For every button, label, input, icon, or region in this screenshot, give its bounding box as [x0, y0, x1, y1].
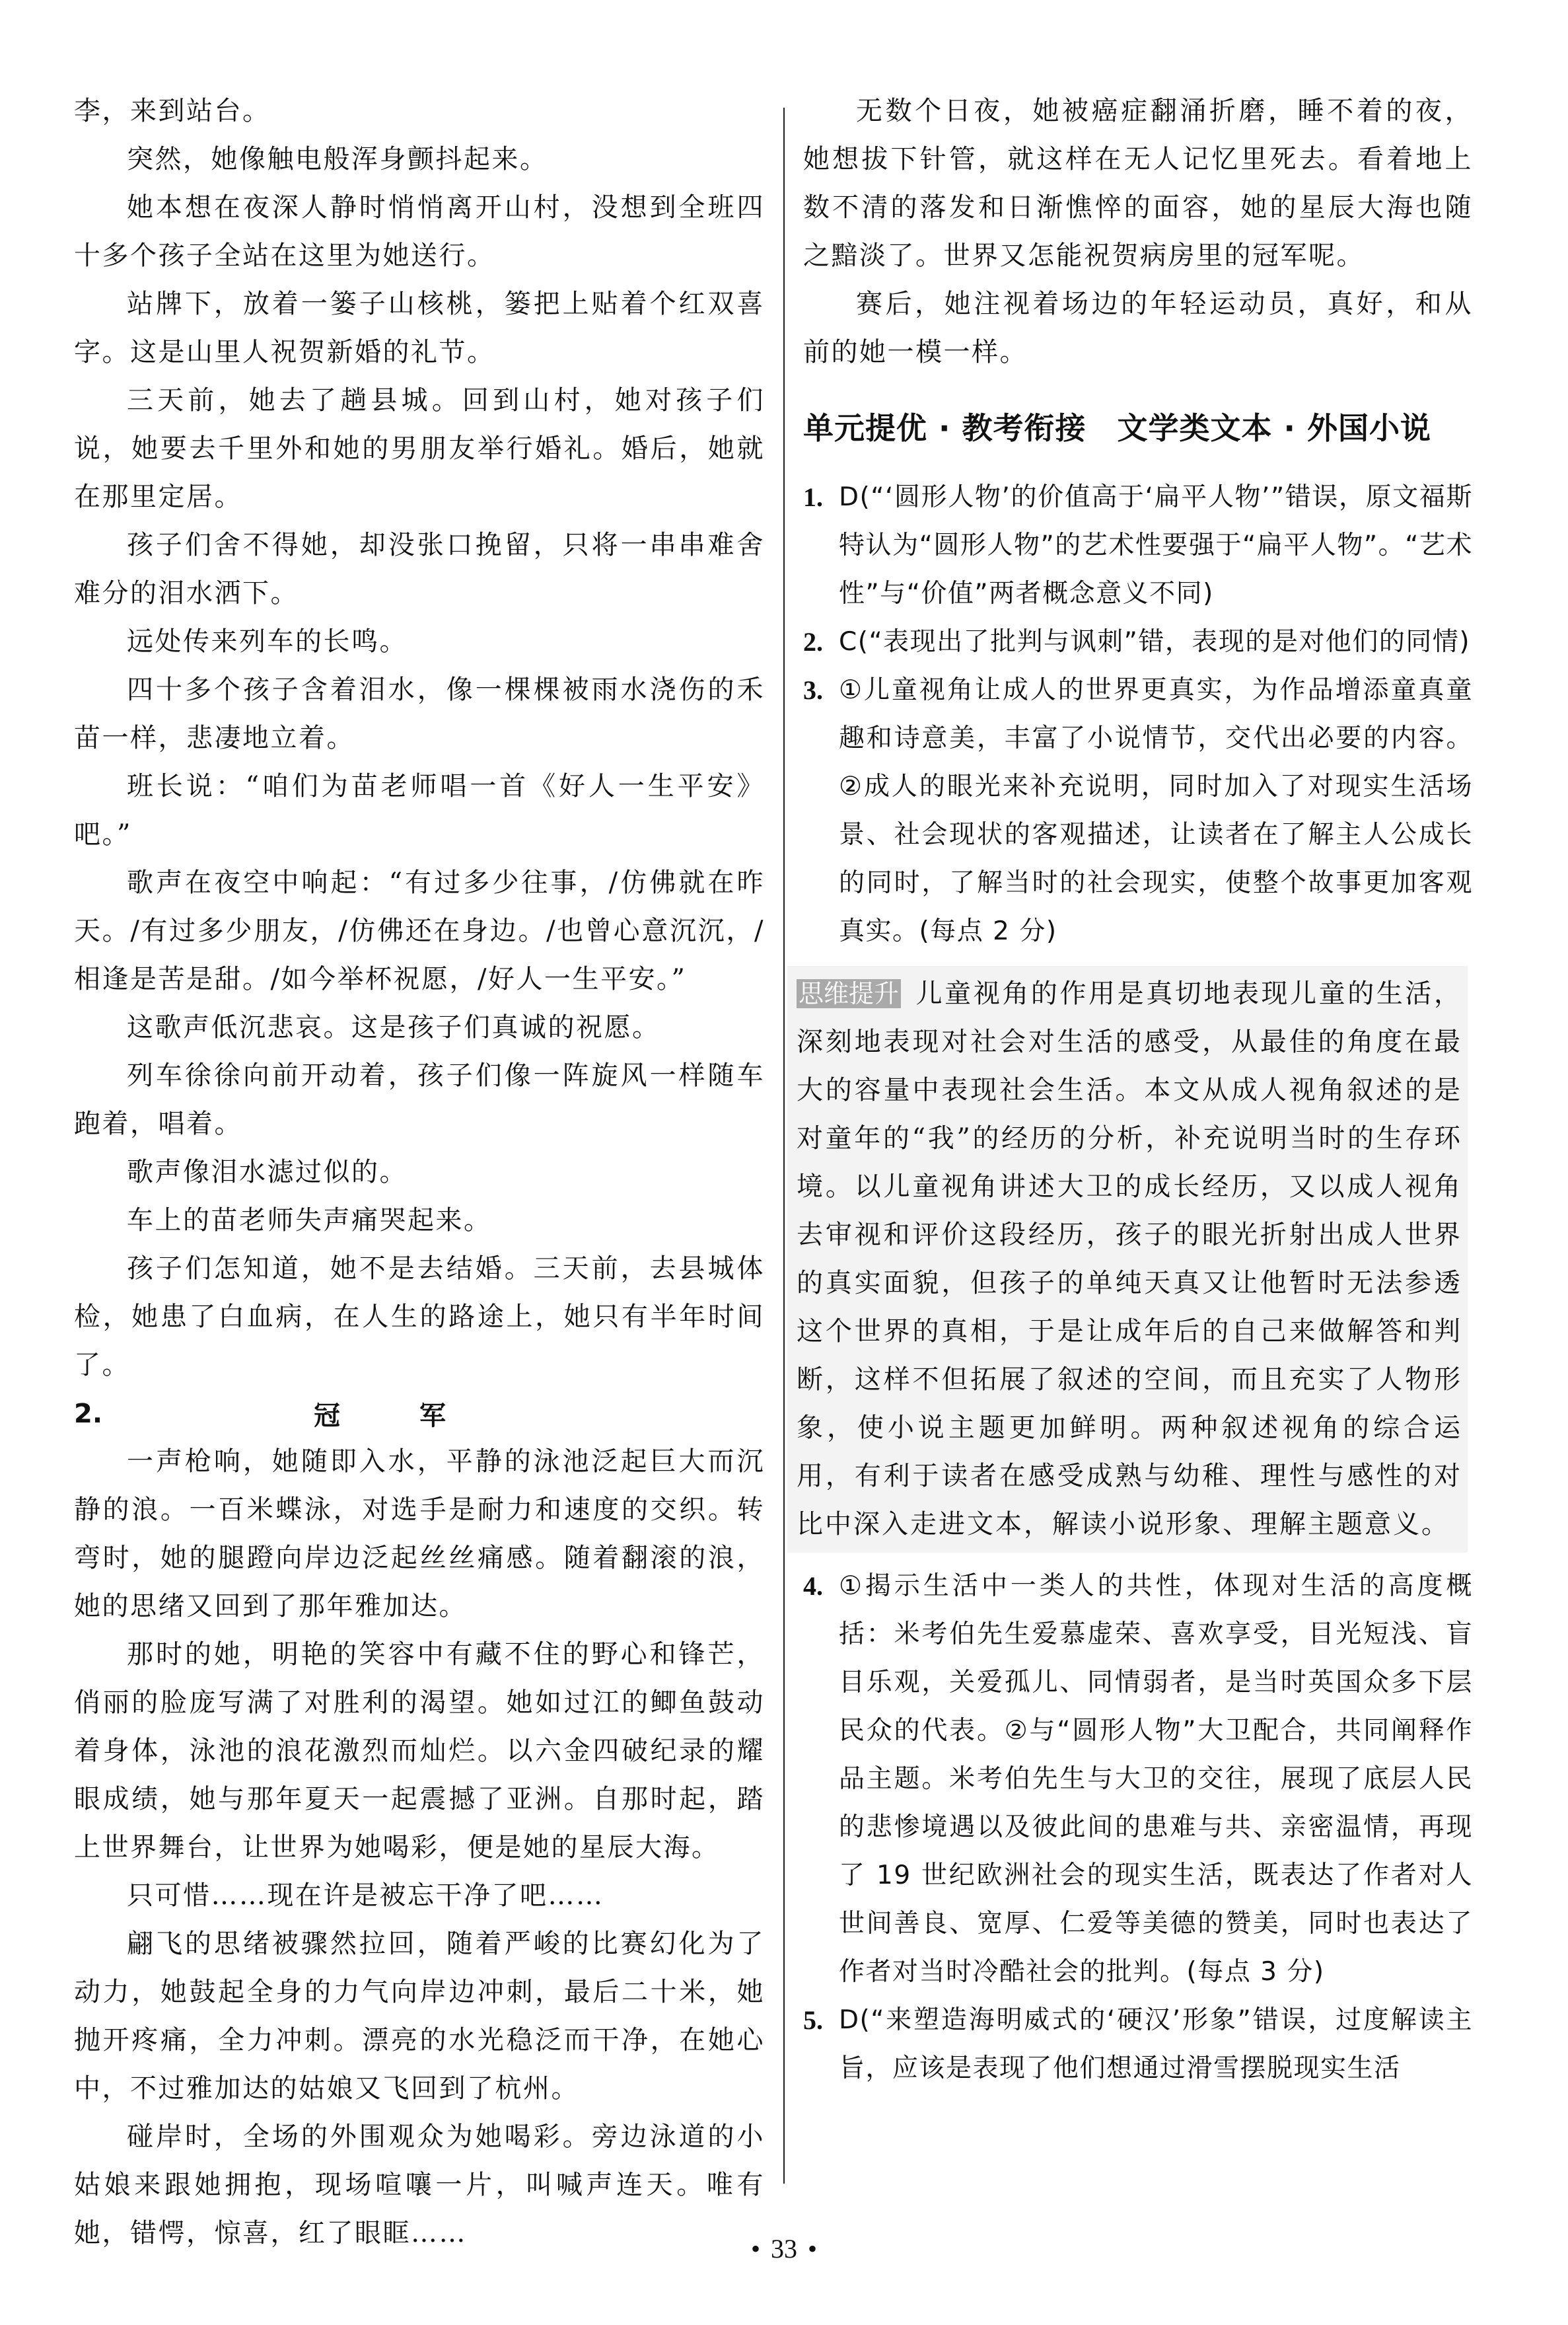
- answer-number: 4.: [803, 1562, 839, 1996]
- story-2-continued: 无数个日夜，她被癌症翻涌折磨，睡不着的夜，她想拔下针管，就这样在无人记忆里死去。…: [803, 87, 1473, 377]
- answer-list-continued: 4. ①揭示生活中一类人的共性，体现对生活的高度概括：米考伯先生爱慕虚荣、喜欢享…: [803, 1562, 1473, 2092]
- paragraph: 车上的苗老师失声痛哭起来。: [74, 1197, 765, 1245]
- answer-item: 3. ①儿童视角让成人的世界更真实，为作品增添童真童趣和诗意美，丰富了小说情节，…: [803, 666, 1473, 955]
- answer-number: 5.: [803, 1996, 839, 2092]
- answer-list: 1. D(“‘圆形人物’的价值高于‘扁平人物’”错误，原文福斯特认为“圆形人物”…: [803, 473, 1473, 955]
- section-heading: 单元提优 · 教考衔接 文学类文本 · 外国小说: [803, 408, 1473, 448]
- answer-text: C(“表现出了批判与讽刺”错，表现的是对他们的同情): [839, 618, 1473, 666]
- paragraph: 四十多个孩子含着泪水，像一棵棵被雨水浇伤的禾苗一样，悲凄地立着。: [74, 666, 765, 762]
- paragraph: 歌声在夜空中响起：“有过多少往事，/仿佛就在昨天。/有过多少朋友，/仿佛还在身边…: [74, 859, 765, 1004]
- paragraph: 无数个日夜，她被癌症翻涌折磨，睡不着的夜，她想拔下针管，就这样在无人记忆里死去。…: [803, 87, 1473, 280]
- paragraph: 李，来到站台。: [74, 87, 765, 135]
- paragraph: 一声枪响，她随即入水，平静的泳池泛起巨大而沉静的浪。一百米蝶泳，对选手是耐力和速…: [74, 1438, 765, 1631]
- paragraph: 这歌声低沉悲哀。这是孩子们真诚的祝愿。: [74, 1004, 765, 1052]
- tip-label-badge: 思维提升: [797, 979, 901, 1008]
- page-number-value: 33: [771, 2234, 797, 2264]
- bullet-dot-icon: •: [751, 2233, 760, 2264]
- bullet-dot-icon: •: [808, 2233, 817, 2264]
- story-2-title: 2. 冠军: [74, 1389, 765, 1438]
- story-number: 2.: [74, 1399, 114, 1429]
- page-number: •33•: [0, 2233, 1568, 2264]
- story-1-body: 李，来到站台。 突然，她像触电般浑身颤抖起来。 她本想在夜深人静时悄悄离开山村，…: [74, 87, 765, 1389]
- answer-item: 2. C(“表现出了批判与讽刺”错，表现的是对他们的同情): [803, 618, 1473, 666]
- tip-text: 儿童视角的作用是真切地表现儿童的生活，深刻地表现对社会对生活的感受，从最佳的角度…: [797, 978, 1462, 1539]
- answer-text: ①儿童视角让成人的世界更真实，为作品增添童真童趣和诗意美，丰富了小说情节，交代出…: [839, 666, 1473, 955]
- answer-item: 4. ①揭示生活中一类人的共性，体现对生活的高度概括：米考伯先生爱慕虚荣、喜欢享…: [803, 1562, 1473, 1996]
- paragraph: 站牌下，放着一篓子山核桃，篓把上贴着个红双喜字。这是山里人祝贺新婚的礼节。: [74, 280, 765, 377]
- paragraph: 班长说：“咱们为苗老师唱一首《好人一生平安》吧。”: [74, 762, 765, 859]
- paragraph: 那时的她，明艳的笑容中有藏不住的野心和锋芒，俏丽的脸庞写满了对胜利的渴望。她如过…: [74, 1631, 765, 1872]
- column-divider: [783, 108, 785, 2184]
- right-column: 无数个日夜，她被癌症翻涌折磨，睡不着的夜，她想拔下针管，就这样在无人记忆里死去。…: [803, 87, 1473, 2092]
- answer-number: 2.: [803, 618, 839, 666]
- answer-text: ①揭示生活中一类人的共性，体现对生活的高度概括：米考伯先生爱慕虚荣、喜欢享受，目…: [839, 1562, 1473, 1996]
- left-column: 李，来到站台。 突然，她像触电般浑身颤抖起来。 她本想在夜深人静时悄悄离开山村，…: [74, 87, 765, 2258]
- paragraph: 翩飞的思绪被骤然拉回，随着严峻的比赛幻化为了动力，她鼓起全身的力气向岸边冲刺，最…: [74, 1920, 765, 2113]
- paragraph: 只可惜……现在许是被忘干净了吧……: [74, 1872, 765, 1920]
- answer-text: D(“来塑造海明威式的‘硬汉’形象”错误，过度解读主旨，应该是表现了他们想通过滑…: [839, 1996, 1473, 2092]
- paragraph: 她本想在夜深人静时悄悄离开山村，没想到全班四十多个孩子全站在这里为她送行。: [74, 184, 765, 280]
- answer-item: 5. D(“来塑造海明威式的‘硬汉’形象”错误，过度解读主旨，应该是表现了他们想…: [803, 1996, 1473, 2092]
- answer-text: D(“‘圆形人物’的价值高于‘扁平人物’”错误，原文福斯特认为“圆形人物”的艺术…: [839, 473, 1473, 618]
- paragraph: 三天前，她去了趟县城。回到山村，她对孩子们说，她要去千里外和她的男朋友举行婚礼。…: [74, 377, 765, 521]
- answer-item: 1. D(“‘圆形人物’的价值高于‘扁平人物’”错误，原文福斯特认为“圆形人物”…: [803, 473, 1473, 618]
- paragraph: 歌声像泪水滤过似的。: [74, 1148, 765, 1197]
- tip-paragraph: 思维提升儿童视角的作用是真切地表现儿童的生活，深刻地表现对社会对生活的感受，从最…: [797, 970, 1462, 1549]
- paragraph: 孩子们舍不得她，却没张口挽留，只将一串串难舍难分的泪水洒下。: [74, 521, 765, 618]
- thinking-tip-box: 思维提升儿童视角的作用是真切地表现儿童的生活，深刻地表现对社会对生活的感受，从最…: [787, 966, 1468, 1553]
- answer-number: 1.: [803, 473, 839, 618]
- paragraph: 列车徐徐向前开动着，孩子们像一阵旋风一样随车跑着，唱着。: [74, 1052, 765, 1148]
- story-2-body: 一声枪响，她随即入水，平静的泳池泛起巨大而沉静的浪。一百米蝶泳，对选手是耐力和速…: [74, 1438, 765, 2258]
- paragraph: 赛后，她注视着场边的年轻运动员，真好，和从前的她一模一样。: [803, 280, 1473, 377]
- paragraph: 突然，她像触电般浑身颤抖起来。: [74, 135, 765, 184]
- paragraph: 远处传来列车的长鸣。: [74, 618, 765, 666]
- paragraph: 孩子们怎知道，她不是去结婚。三天前，去县城体检，她患了白血病，在人生的路途上，她…: [74, 1245, 765, 1389]
- story-title-text: 冠军: [114, 1395, 765, 1432]
- answer-number: 3.: [803, 666, 839, 955]
